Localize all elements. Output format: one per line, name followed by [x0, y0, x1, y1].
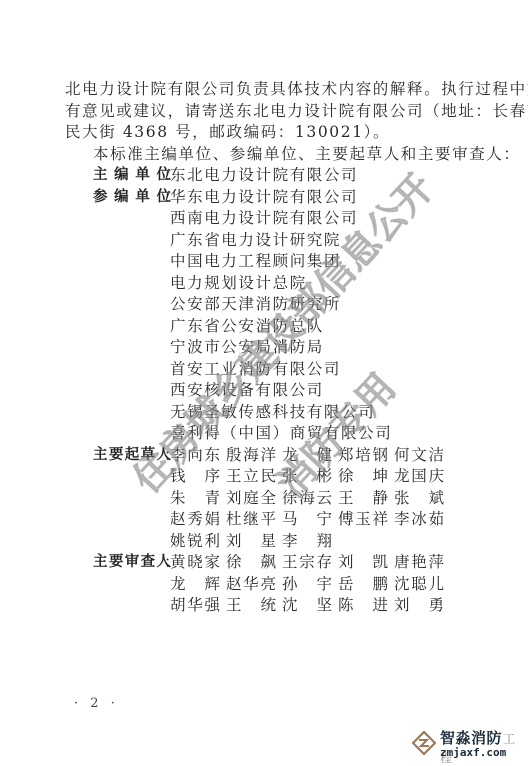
reviewer-name: 王 统 [226, 595, 276, 617]
drafter-name: 张 彬 [282, 466, 332, 488]
reviewer-name: 徐 飙 [226, 552, 276, 574]
reviewer-name: 龙 辉 [170, 574, 220, 596]
intro-line: 本标准主编单位、参编单位、主要起草人和主要审查人： [93, 144, 485, 166]
logo-url: zmjaxf.com [440, 746, 506, 759]
reviewer-name: 陈 进 [338, 595, 388, 617]
reviewer-name: 王宗存 [282, 552, 332, 574]
chief-editor-label: 主 编 单 位 [93, 165, 171, 187]
paragraph-line-3: 民大街 4368 号，邮政编码：130021）。 [65, 122, 457, 144]
participant-unit: 广东省电力设计研究院 [170, 230, 341, 252]
drafters-label: 主要起草人 [93, 445, 171, 467]
participant-unit: 西安核设备有限公司 [170, 380, 324, 402]
participant-unit: 公安部天津消防研究所 [170, 294, 341, 316]
reviewer-name: 唐艳萍 [394, 552, 444, 574]
drafter-name: 郑培钢 [338, 445, 388, 467]
logo-diamond-icon [412, 731, 436, 755]
drafter-name: 李冰茹 [394, 509, 444, 531]
participant-unit: 宁波市公安局消防局 [170, 337, 324, 359]
participant-unit: 广东省公安消防总队 [170, 316, 324, 338]
drafter-name: 杜继平 [226, 509, 276, 531]
participants-label: 参 编 单 位 [93, 187, 171, 209]
drafter-name: 徐海云 [282, 488, 332, 510]
reviewer-name: 胡华强 [170, 595, 220, 617]
reviewer-name: 刘 凯 [338, 552, 388, 574]
reviewer-name: 孙 宇 [282, 574, 332, 596]
drafter-name: 李向东 [170, 445, 220, 467]
drafter-name: 赵秀娟 [170, 509, 220, 531]
drafter-name: 张 斌 [394, 488, 444, 510]
drafter-name: 殷海洋 [226, 445, 276, 467]
reviewer-name: 岳 鹏 [338, 574, 388, 596]
reviewer-name: 黄晓家 [170, 552, 220, 574]
participant-unit: 西南电力设计院有限公司 [170, 208, 358, 230]
participant-unit: 中国电力工程顾问集团 [170, 251, 341, 273]
drafter-name: 徐 坤 [338, 466, 388, 488]
drafter-name: 王立民 [226, 466, 276, 488]
reviewer-name: 赵华亮 [226, 574, 276, 596]
drafter-name: 龙国庆 [394, 466, 444, 488]
drafter-name: 朱 青 [170, 488, 220, 510]
drafter-name: 马 宁 [282, 509, 332, 531]
document-page: 北电力设计院有限公司负责具体技术内容的解释。执行过程中如 有意见或建议，请寄送东… [0, 0, 528, 766]
site-logo: 智淼消防工程 zmjaxf.com [412, 727, 522, 763]
participant-unit: 华东电力设计院有限公司 [170, 187, 358, 209]
drafter-name: 钱 序 [170, 466, 220, 488]
reviewer-name: 刘 勇 [394, 595, 444, 617]
page-number: · 2 · [74, 696, 119, 711]
participant-unit: 首安工业消防有限公司 [170, 359, 341, 381]
participant-unit: 喜利得（中国）商贸有限公司 [170, 423, 392, 445]
drafter-name: 李 翔 [282, 531, 332, 553]
drafter-name: 姚锐利 [170, 531, 220, 553]
participant-unit: 电力规划设计总院 [170, 273, 307, 295]
drafter-name: 王 静 [338, 488, 388, 510]
drafter-name: 龙 健 [282, 445, 332, 467]
drafter-name: 傅玉祥 [338, 509, 388, 531]
paragraph-line-2: 有意见或建议，请寄送东北电力设计院有限公司（地址：长春市人 [65, 101, 457, 123]
participant-unit: 无锡圣敏传感科技有限公司 [170, 402, 375, 424]
logo-name: 智淼消防 [440, 729, 502, 747]
drafter-name: 何文洁 [394, 445, 444, 467]
drafter-name: 刘 星 [226, 531, 276, 553]
drafter-name: 刘庭全 [226, 488, 276, 510]
paragraph-line-1: 北电力设计院有限公司负责具体技术内容的解释。执行过程中如 [65, 79, 457, 101]
chief-editor-value: 东北电力设计院有限公司 [170, 165, 358, 187]
reviewers-label: 主要审查人 [93, 552, 171, 574]
reviewer-name: 沈聪儿 [394, 574, 444, 596]
reviewer-name: 沈 坚 [282, 595, 332, 617]
